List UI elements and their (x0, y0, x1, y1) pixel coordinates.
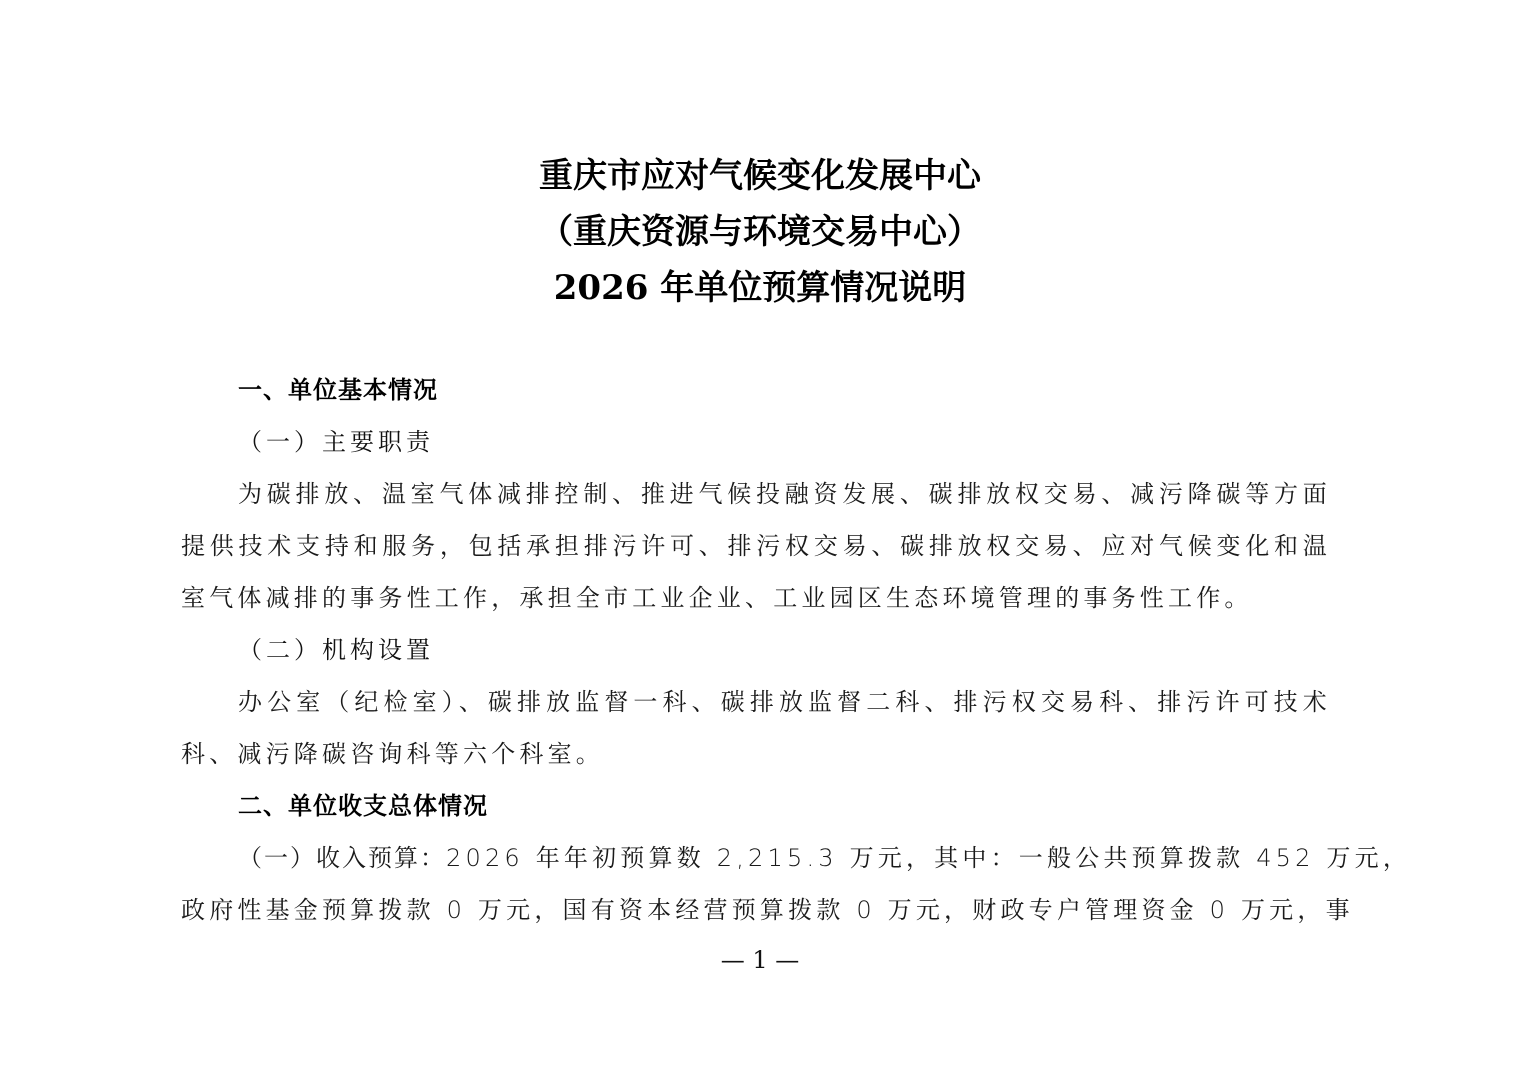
title-line-2: （重庆资源与环境交易中心） (0, 204, 1520, 260)
paragraph-line: 为碳排放、温室气体减排控制、推进气候投融资发展、碳排放权交易、减污降碳等方面 (238, 468, 1331, 520)
title-line-1: 重庆市应对气候变化发展中心 (0, 148, 1520, 204)
paragraph-line: 提供技术支持和服务，包括承担排污许可、排污权交易、碳排放权交易、应对气候变化和温 (181, 520, 1331, 572)
paragraph-line: 科、减污降碳咨询科等六个科室。 (181, 728, 604, 780)
document-title: 重庆市应对气候变化发展中心 （重庆资源与环境交易中心） 2026 年单位预算情况… (0, 148, 1520, 316)
subsection-heading-income: （一）收入预算： (238, 844, 446, 872)
section-heading-1: 一、单位基本情况 (238, 364, 438, 416)
paragraph-line-income: （一）收入预算：2026 年年初预算数 2,215.3 万元，其中：一般公共预算… (238, 832, 1331, 884)
page-number: — 1 — (0, 940, 1520, 980)
section-heading-2: 二、单位收支总体情况 (238, 780, 488, 832)
document-page: 重庆市应对气候变化发展中心 （重庆资源与环境交易中心） 2026 年单位预算情况… (0, 0, 1520, 1074)
paragraph-line: 室气体减排的事务性工作，承担全市工业企业、工业园区生态环境管理的事务性工作。 (181, 572, 1253, 624)
subsection-heading-organization: （二）机构设置 (238, 624, 434, 676)
title-line-3: 2026 年单位预算情况说明 (0, 260, 1520, 316)
paragraph-text: 2026 年年初预算数 2,215.3 万元，其中：一般公共预算拨款 452 万… (446, 844, 1411, 872)
subsection-heading-duties: （一）主要职责 (238, 416, 434, 468)
paragraph-line: 办公室（纪检室）、碳排放监督一科、碳排放监督二科、排污权交易科、排污许可技术 (238, 676, 1331, 728)
paragraph-line: 政府性基金预算拨款 0 万元，国有资本经营预算拨款 0 万元，财政专户管理资金 … (181, 884, 1331, 936)
